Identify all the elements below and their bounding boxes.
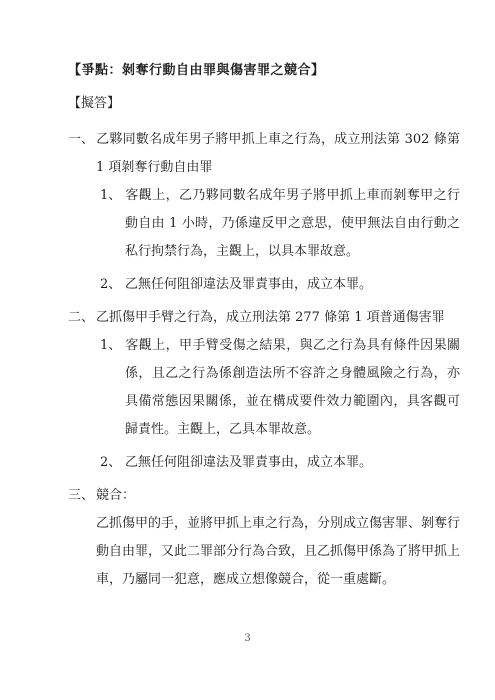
section-1-item-2-marker: 2、 [100, 271, 125, 299]
section-3-marker: 三、 [68, 482, 96, 510]
section-3-heading: 三、競合： [68, 482, 460, 510]
section-2-marker: 二、 [68, 304, 96, 332]
section-2-item-2-text: 乙無任何阻卻違法及罪責事由，成立本罪。 [125, 455, 372, 470]
section-2-item-1-marker: 1、 [100, 332, 125, 360]
answer-heading: 【擬答】 [68, 90, 460, 118]
section-2-item-2-marker: 2、 [100, 449, 125, 477]
section-3-paragraph: 乙抓傷甲的手，並將甲抓上車之行為，分別成立傷害罪、剝奪行動自由罪，又此二罪部分行… [96, 510, 460, 594]
document-page: 【爭點：剝奪行動自由罪與傷害罪之競合】 【擬答】 一、乙夥同數名成年男子將甲抓上… [0, 0, 495, 700]
section-2-heading: 二、乙抓傷甲手臂之行為，成立刑法第 277 條第 1 項普通傷害罪 [68, 304, 460, 332]
section-1-item-1-text: 客觀上，乙乃夥同數名成年男子將甲抓上車而剝奪甲之行動自由 1 小時，乃係違反甲之… [125, 188, 460, 259]
section-2-item-1: 1、客觀上，甲手臂受傷之結果，與乙之行為具有條件因果關係，且乙之行為係創造法所不… [100, 332, 460, 444]
section-1-heading: 一、乙夥同數名成年男子將甲抓上車之行為，成立刑法第 302 條第 1 項剝奪行動… [68, 126, 460, 182]
section-3-text: 競合： [96, 488, 135, 503]
section-1-item-2: 2、乙無任何阻卻違法及罪責事由，成立本罪。 [100, 271, 460, 299]
page-number: 3 [0, 632, 495, 646]
section-2-text: 乙抓傷甲手臂之行為，成立刑法第 277 條第 1 項普通傷害罪 [96, 310, 445, 325]
section-1-text: 乙夥同數名成年男子將甲抓上車之行為，成立刑法第 302 條第 1 項剝奪行動自由… [96, 132, 460, 175]
section-1-item-1: 1、客觀上，乙乃夥同數名成年男子將甲抓上車而剝奪甲之行動自由 1 小時，乃係違反… [100, 182, 460, 266]
section-2-item-1-text: 客觀上，甲手臂受傷之結果，與乙之行為具有條件因果關係，且乙之行為係創造法所不容許… [125, 338, 460, 437]
section-1-marker: 一、 [68, 126, 96, 154]
section-2-item-2: 2、乙無任何阻卻違法及罪責事由，成立本罪。 [100, 449, 460, 477]
section-1-item-1-marker: 1、 [100, 182, 125, 210]
document-title: 【爭點：剝奪行動自由罪與傷害罪之競合】 [68, 57, 460, 85]
section-1-item-2-text: 乙無任何阻卻違法及罪責事由，成立本罪。 [125, 277, 372, 292]
